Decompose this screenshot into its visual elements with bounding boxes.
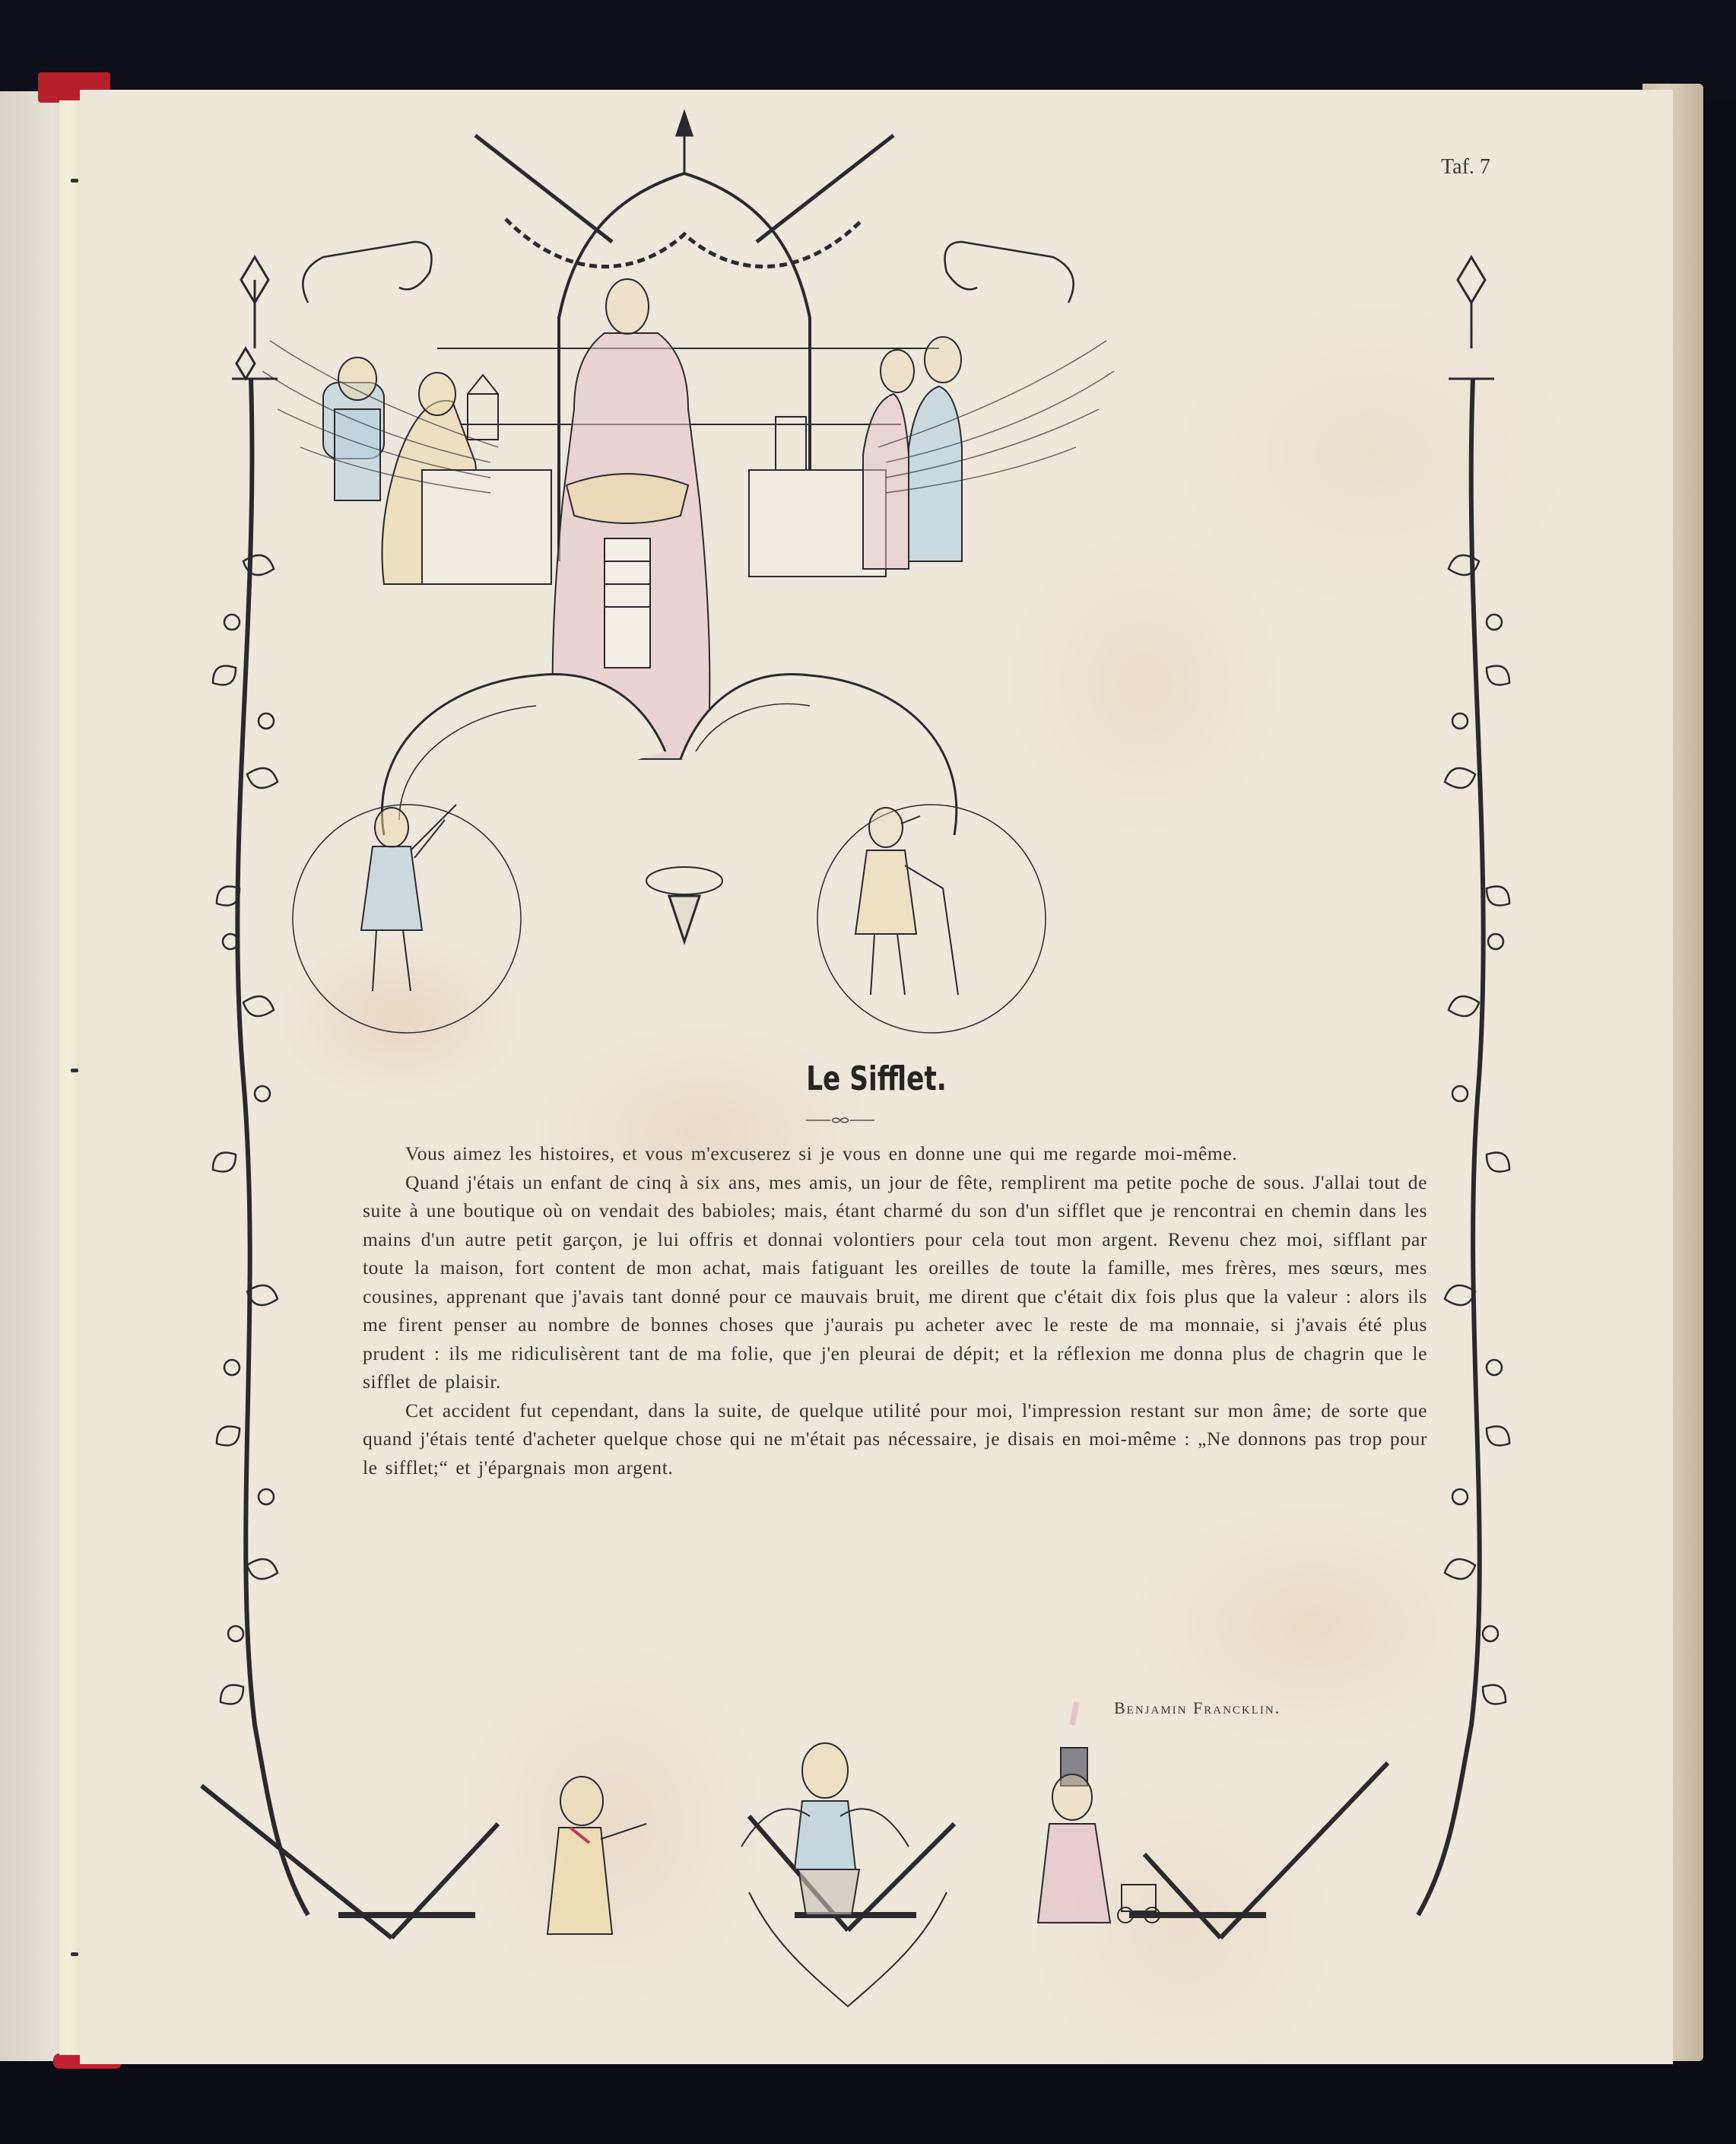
bottom-children-figures-icon [547, 1702, 1160, 2006]
bottom-branch-frame-icon [202, 1763, 1388, 1938]
book-cover-background [0, 0, 1736, 99]
ornamental-divider-icon [806, 1115, 874, 1126]
book-page: Taf. 7 [80, 90, 1673, 2064]
gutter [59, 100, 81, 2055]
paragraph: Cet accident fut cependant, dans la suit… [363, 1396, 1427, 1482]
child-reaching-vignette-icon [361, 805, 456, 991]
binding-stitch [71, 1952, 78, 1956]
page-title: Le Sifflet. [255, 1059, 1497, 1098]
toy-stall-scene-icon [262, 279, 1114, 759]
paragraph: Vous aimez les histoires, et vous m'excu… [363, 1139, 1427, 1168]
binding-stitch [71, 1069, 78, 1072]
binding-stitch [71, 179, 78, 183]
author-signature: Benjamin Francklin. [1114, 1698, 1281, 1718]
boy-with-whistle-vignette-icon [855, 808, 958, 995]
paragraph: Quand j'étais un enfant de cinq à six an… [363, 1168, 1427, 1396]
story-text: Vous aimez les histoires, et vous m'excu… [363, 1139, 1427, 1482]
